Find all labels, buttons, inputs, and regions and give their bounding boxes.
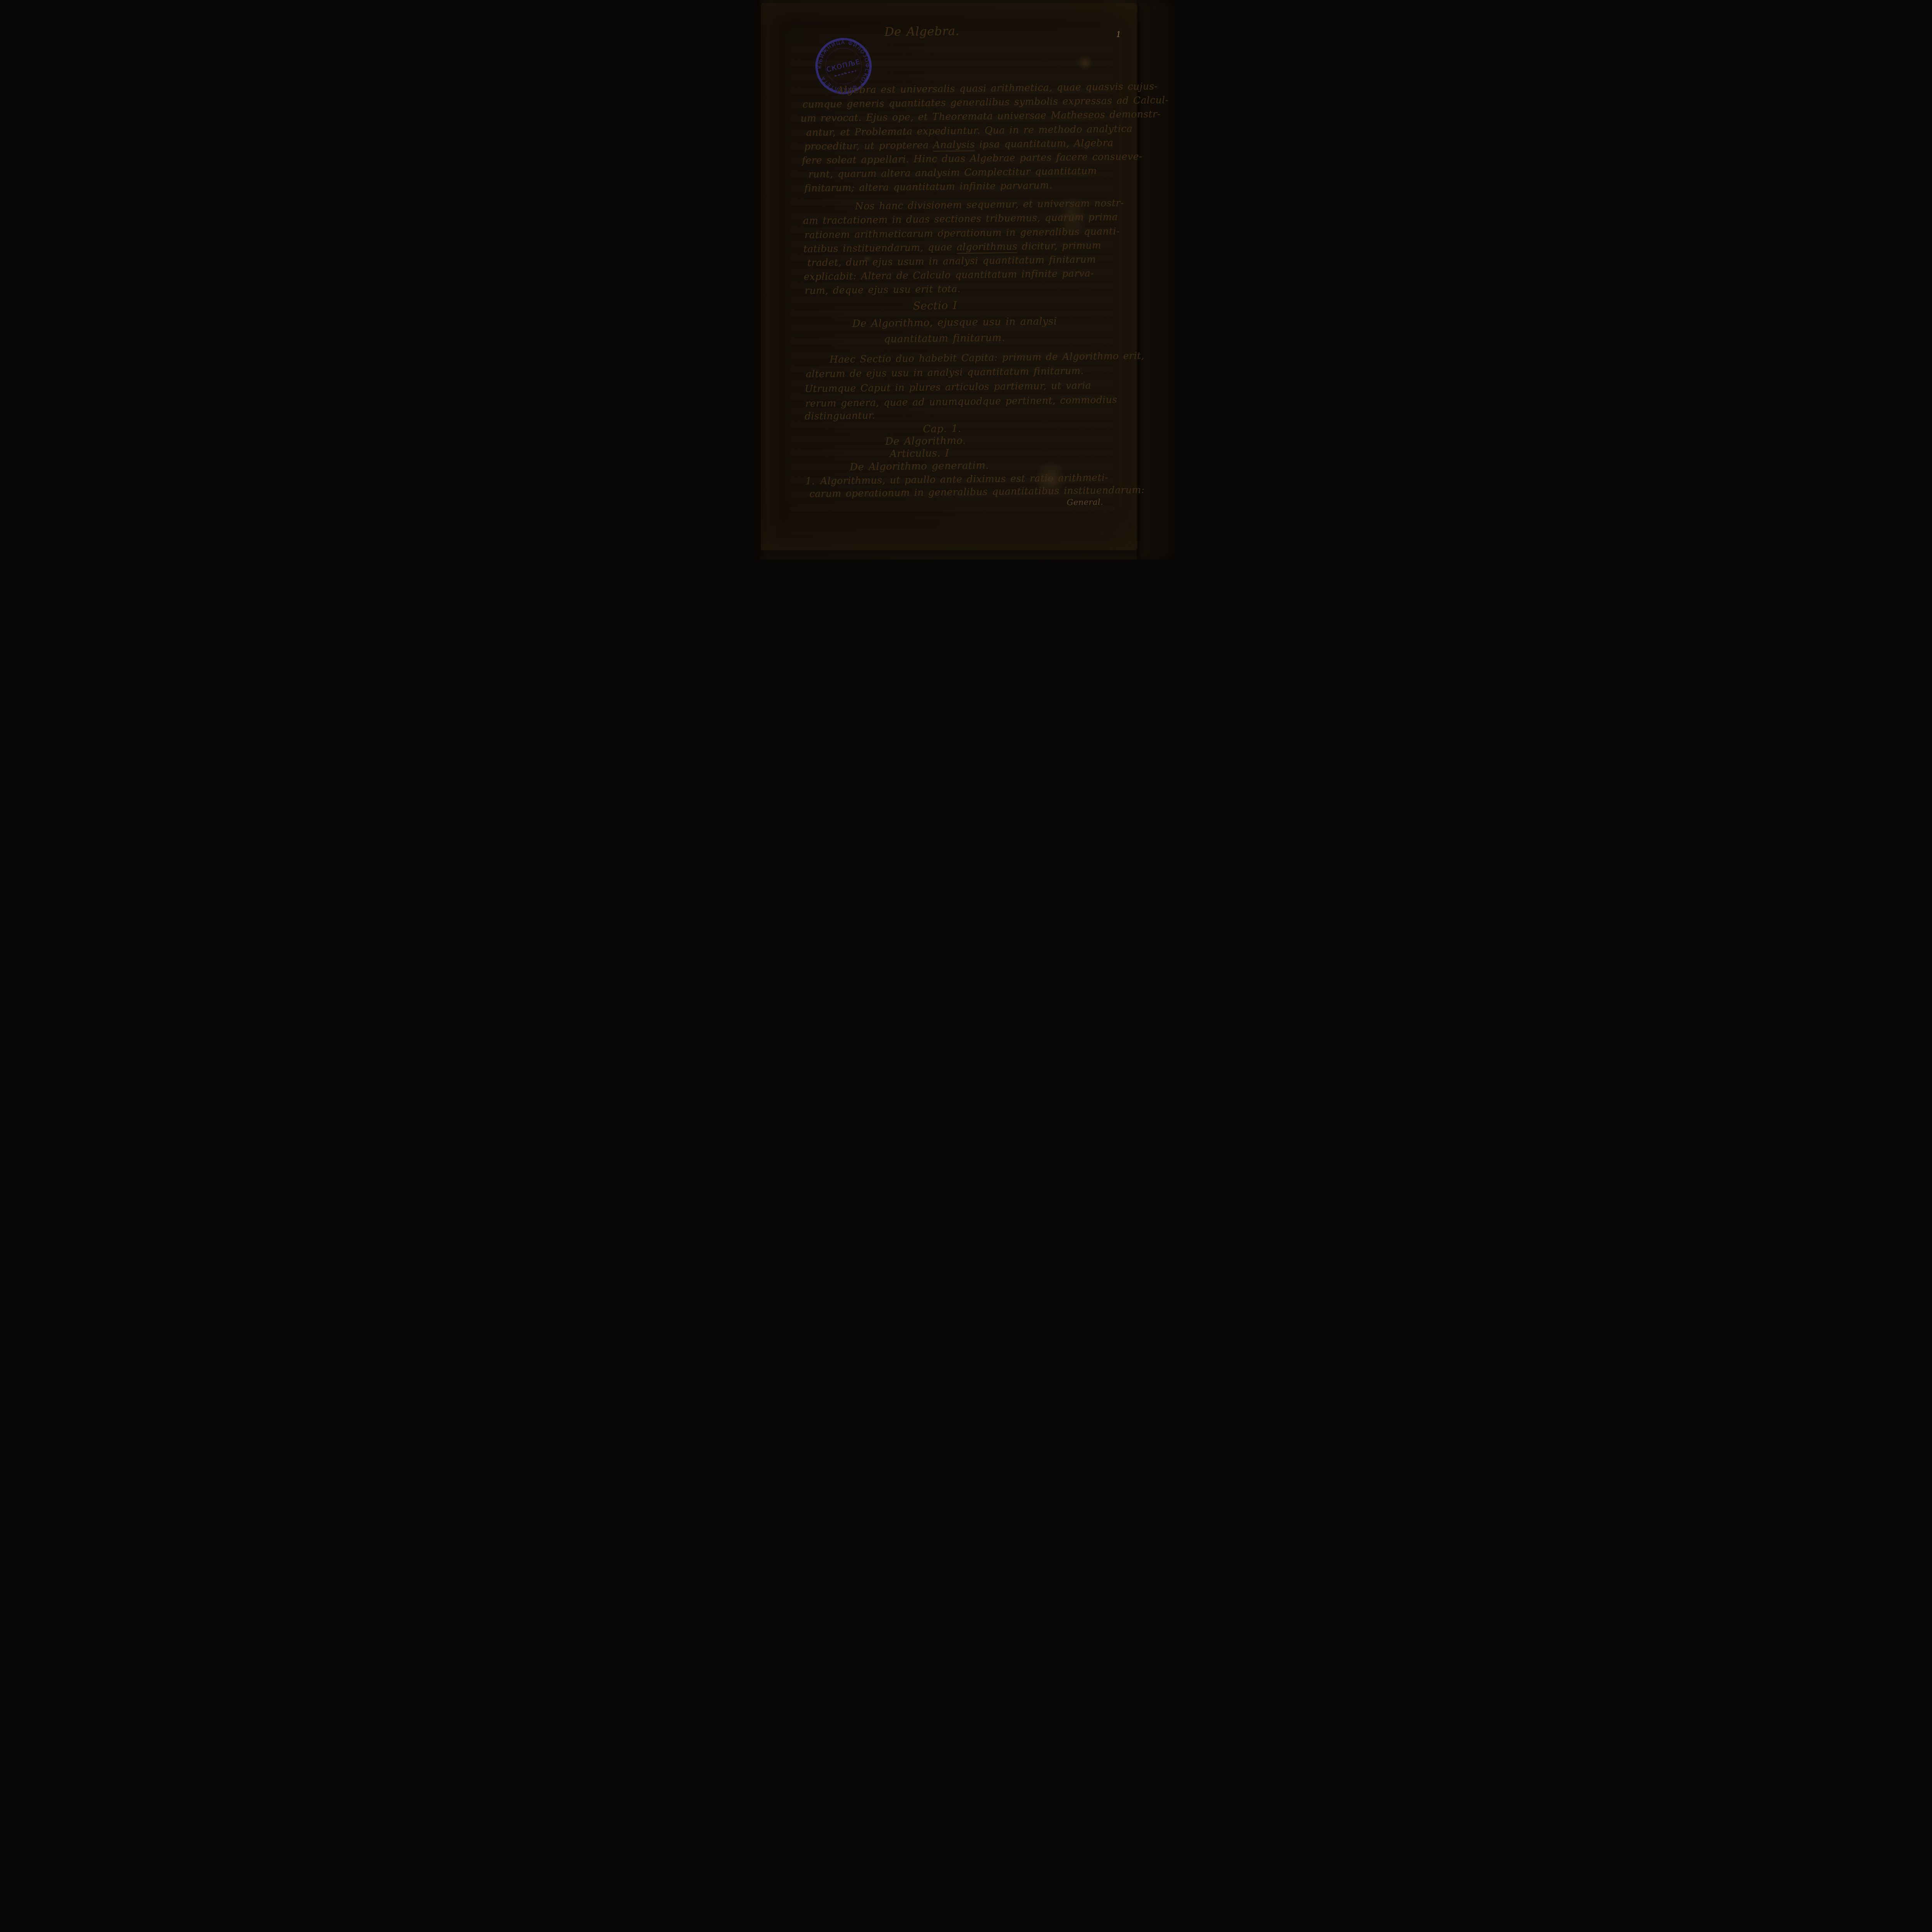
manuscript-line: carum operationum in generalibus quantit…	[809, 484, 1145, 500]
page-number: 1	[1116, 29, 1121, 39]
manuscript-line: Algebra est universalis quasi arithmetic…	[837, 80, 1158, 95]
manuscript-photo: КЊИЖНИЦА ФИЛОЗОФСКОГ ФАКУЛТЕТА СКОПЉЕ De…	[756, 0, 1176, 560]
manuscript-line: antur, et Problemata expediuntur. Qua in…	[806, 123, 1133, 138]
chapter-title: De Algorithmo.	[885, 435, 966, 447]
underlined-word: Analysis	[933, 139, 975, 151]
line-segment: Algorithmus, ut paullo ante diximus est …	[820, 472, 1109, 486]
paragraph-number: 1.	[805, 475, 815, 486]
line-segment: tatibus instituendarum, quae	[803, 241, 957, 255]
page-title: De Algebra.	[884, 24, 959, 39]
line-segment: ipsa quantitatum, Algebra	[975, 137, 1114, 150]
manuscript-text: De Algebra. 1 Algebra est universalis qu…	[756, 0, 1176, 560]
manuscript-line: distinguantur.	[804, 410, 875, 422]
chapter-heading: Cap. 1.	[923, 423, 961, 435]
manuscript-line: cumque generis quantitates generalibus s…	[803, 94, 1169, 110]
manuscript-line: um revocat. Ejus ope, et Theoremata univ…	[801, 109, 1161, 124]
underlined-word: algorithmus	[957, 241, 1017, 254]
articulus-heading: Articulus. I	[889, 447, 949, 460]
manuscript-line: explicabit: Altera de Calculo quantitatu…	[804, 268, 1094, 282]
manuscript-line: rum, deque ejus usu erit tota.	[805, 283, 961, 296]
line-segment: dicitur, primum	[1017, 240, 1101, 252]
section-subtitle: quantitatum finitarum.	[884, 332, 1005, 345]
manuscript-line: Haec Sectio duo habebit Capita: primum d…	[830, 350, 1145, 365]
catchword: General.	[1067, 498, 1104, 507]
manuscript-line: proceditur, ut propterea Analysis ipsa q…	[804, 137, 1114, 152]
manuscript-line: rationem arithmeticarum operationum in g…	[804, 225, 1120, 240]
manuscript-line: Utrumque Caput in plures articulos parti…	[804, 379, 1091, 394]
manuscript-line: finitarum; altera quantitatum infinite p…	[804, 180, 1052, 194]
manuscript-line: tatibus instituendarum, quae algorithmus…	[803, 240, 1101, 254]
section-heading: Sectio I	[913, 299, 957, 312]
articulus-title: De Algorithmo generatim.	[850, 460, 989, 473]
manuscript-line: tradet, dum ejus usum in analysi quantit…	[807, 253, 1096, 268]
manuscript-line: runt, quarum altera analysim Complectitu…	[808, 165, 1097, 180]
section-subtitle: De Algorithmo, ejusque usu in analysi	[852, 316, 1057, 330]
manuscript-line: Nos hanc divisionem sequemur, et univers…	[855, 197, 1124, 212]
manuscript-line: 1.Algorithmus, ut paullo ante diximus es…	[805, 472, 1108, 487]
manuscript-line: fere soleat appellari. Hinc duas Algebra…	[802, 151, 1142, 166]
manuscript-line: am tractationem in duas sectiones tribue…	[803, 211, 1118, 226]
line-segment: proceditur, ut propterea	[804, 139, 933, 152]
manuscript-line: alterum de ejus usu in analysi quantitat…	[806, 365, 1084, 380]
manuscript-line: rerum genera, quae ad unumquodque pertin…	[805, 394, 1117, 409]
